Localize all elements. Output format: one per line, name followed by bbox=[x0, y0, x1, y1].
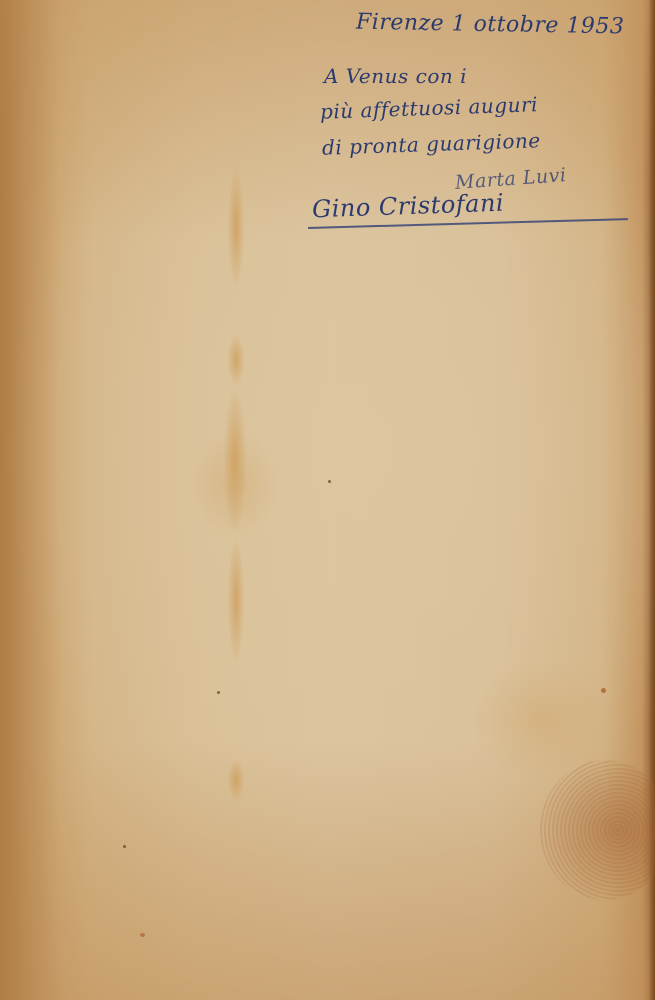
paper-speck bbox=[217, 691, 220, 694]
inscription-dateline: Firenze 1 ottobre 1953 bbox=[356, 10, 625, 40]
water-stain bbox=[190, 430, 280, 540]
paper-speck bbox=[140, 933, 145, 937]
fold-stain bbox=[228, 540, 244, 660]
paper-speck bbox=[123, 845, 126, 848]
paper-speck bbox=[328, 480, 331, 483]
paper-speck bbox=[601, 688, 606, 693]
fold-stain bbox=[228, 170, 244, 285]
fold-stain bbox=[228, 335, 244, 385]
left-edge-discoloration bbox=[0, 0, 60, 1000]
inscription-line-1: A Venus con i bbox=[324, 64, 467, 88]
fold-stain bbox=[228, 760, 244, 800]
aged-paper-page: Firenze 1 ottobre 1953 A Venus con i più… bbox=[0, 0, 655, 1000]
